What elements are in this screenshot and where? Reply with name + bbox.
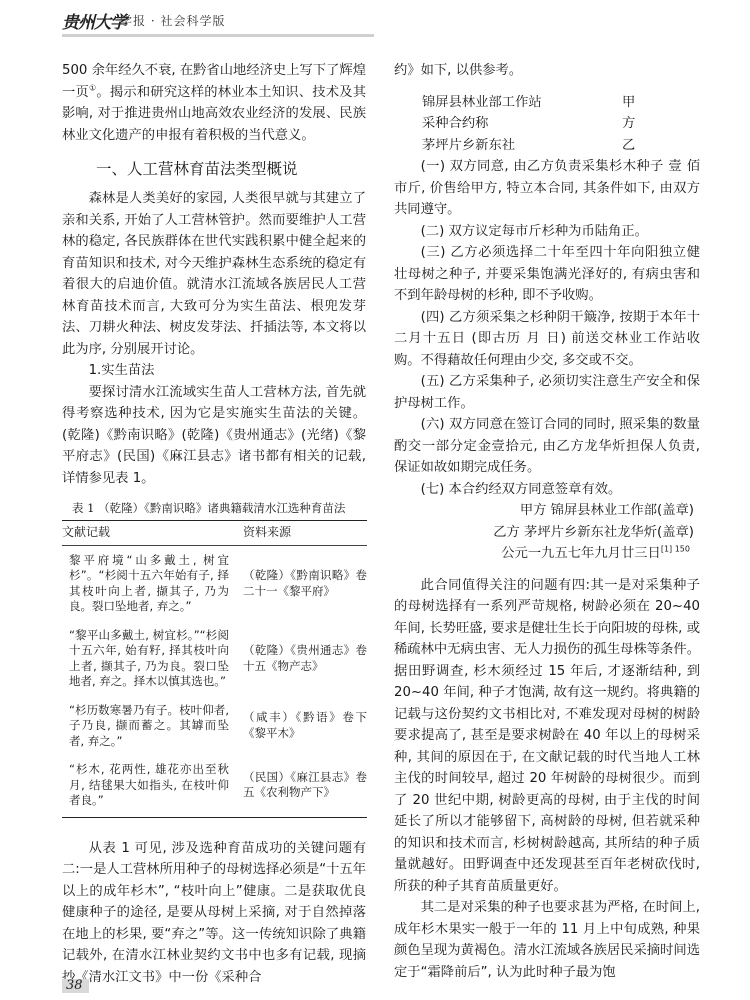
clause-5: (五) 乙方采集种子, 必须切实注意生产安全和保护母树工作。 [394,371,700,414]
party-row: 采种合约称 方 [394,113,700,135]
section-title: 一、人工营林育苗法类型概说 [62,158,366,180]
signature-date: 公元一九五七年九月廿三日[1] 150 [394,543,700,565]
record-cell: “黎平山多戴土, 树宜杉。”“杉阅十五六年, 始有籽, 择其枝叶向上者, 撷其子… [62,621,243,696]
clause-3: (三) 乙方必须选择二十年至四十年向阳独立健壮母树之种子, 并要采集饱满光泽好的… [394,242,700,307]
record-cell: “杉木, 花两性, 雄花亦出至秋月, 结毬果大如指头, 在枝叶仰者良。” [62,755,243,817]
party-mark: 方 [622,113,635,135]
contract-parties: 锦屏县林业部工作站 甲 采种合约称 方 茅坪片乡新东社 乙 [394,92,700,157]
intro-paragraph: 500 余年经久不衰, 在黔省山地经济史上写下了辉煌一页①。揭示和研究这样的林业… [62,60,366,146]
party-name: 采种合约称 [422,113,622,135]
citation-marker[interactable]: [1] 150 [661,545,690,554]
table-row: 黎平府境“山多戴土, 树宜杉”。“杉阅十五六年始有子, 择其枝叶向上者, 撷其子… [62,545,367,621]
record-cell: “杉历数寒暑乃有子。枝叶仰者, 子乃良, 撷而蓄之。其罅而坠者, 弃之。” [62,696,243,756]
party-row: 锦屏县林业部工作站 甲 [394,92,700,114]
page-number: 38 [62,979,89,993]
record-cell: 黎平府境“山多戴土, 树宜杉”。“杉阅十五六年始有子, 择其枝叶向上者, 撷其子… [62,545,243,621]
right-column: 约》如下, 以供参考。 锦屏县林业部工作站 甲 采种合约称 方 茅坪片乡新东社 … [394,60,700,983]
table-header-record: 文献记载 [62,521,243,546]
source-cell: （乾隆）《贵州通志》卷十五《物产志》 [243,621,367,696]
source-cell: （民国）《麻江县志》卷五《农利物产下》 [243,755,367,817]
source-cell: （咸丰）《黔语》卷下《黎平木》 [243,696,367,756]
journal-name: 学报 · 社会科学版 [120,12,225,29]
paragraph-5: 其二是对采集的种子也要求甚为严格, 在时间上, 成年杉木果实一般于一年的 11 … [394,897,700,983]
signature-party-a: 甲方 锦屏县林业工作部(盖章) [394,500,700,522]
clause-7: (七) 本合约经双方同意签章有效。 [394,479,700,501]
paragraph-1: 森林是人类美好的家园, 人类很早就与其建立了亲和关系, 开始了人工营林管护。然而… [62,188,366,360]
party-name: 茅坪片乡新东社 [422,135,622,157]
header-rule [62,34,374,37]
table-header-source: 资料来源 [243,521,367,546]
signature-party-b: 乙方 茅坪片乡新东社龙华炘(盖章) [394,522,700,544]
party-row: 茅坪片乡新东社 乙 [394,135,700,157]
paragraph-2: 要探讨清水江流域实生苗人工营林方法, 首先就得考察选种技术, 因为它是实施实生苗… [62,382,366,490]
journal-header: 贵州大学 学报 · 社会科学版 [62,6,374,34]
university-logo: 贵州大学 [62,8,126,33]
table-caption: 表 1 （乾隆）《黔南识略》诸典籍载清水江选种育苗法 [72,499,366,517]
paragraph-3: 从表 1 可见, 涉及选种育苗成功的关键问题有二:一是人工营林所用种子的母树选择… [62,838,366,989]
table-row: “黎平山多戴土, 树宜杉。”“杉阅十五六年, 始有籽, 择其枝叶向上者, 撷其子… [62,621,367,696]
table-row: “杉历数寒暑乃有子。枝叶仰者, 子乃良, 撷而蓄之。其罅而坠者, 弃之。” （咸… [62,696,367,756]
party-mark: 乙 [622,135,635,157]
party-mark: 甲 [622,92,635,114]
source-cell: （乾隆）《黔南识略》卷二十一《黎平府》 [243,545,367,621]
table-row: “杉木, 花两性, 雄花亦出至秋月, 结毬果大如指头, 在枝叶仰者良。” （民国… [62,755,367,817]
clause-1: (一) 双方同意, 由乙方负责采集杉木种子 壹 佰 市斤, 价售给甲方, 特立本… [394,156,700,221]
intro-text-cont: 。揭示和研究这样的林业本土知识、技术及其影响, 对于推进贵州山地高效农业经济的发… [62,85,366,143]
clause-2: (二) 双方议定每市斤杉种为币陆角正。 [394,221,700,243]
paragraph-continuation: 约》如下, 以供参考。 [394,60,700,82]
party-name: 锦屏县林业部工作站 [422,92,622,114]
subheading: 1.实生苗法 [62,360,366,382]
contract-date: 公元一九五七年九月廿三日 [501,546,661,561]
clause-4: (四) 乙方须采集之杉种阴干簸净, 按期于本年十二月十五日 (即古历 月 日) … [394,307,700,372]
left-column: 500 余年经久不衰, 在黔省山地经济史上写下了辉煌一页①。揭示和研究这样的林业… [62,60,366,988]
paragraph-4: 此合同值得关注的问题有四:其一是对采集种子的母树选择有一系列严苛规格, 树龄必须… [394,575,700,898]
clause-6: (六) 双方同意在签订合同的同时, 照采集的数量酌交一部分定金壹拾元, 由乙方龙… [394,414,700,479]
table-1: 文献记载 资料来源 黎平府境“山多戴土, 树宜杉”。“杉阅十五六年始有子, 择其… [62,520,367,818]
